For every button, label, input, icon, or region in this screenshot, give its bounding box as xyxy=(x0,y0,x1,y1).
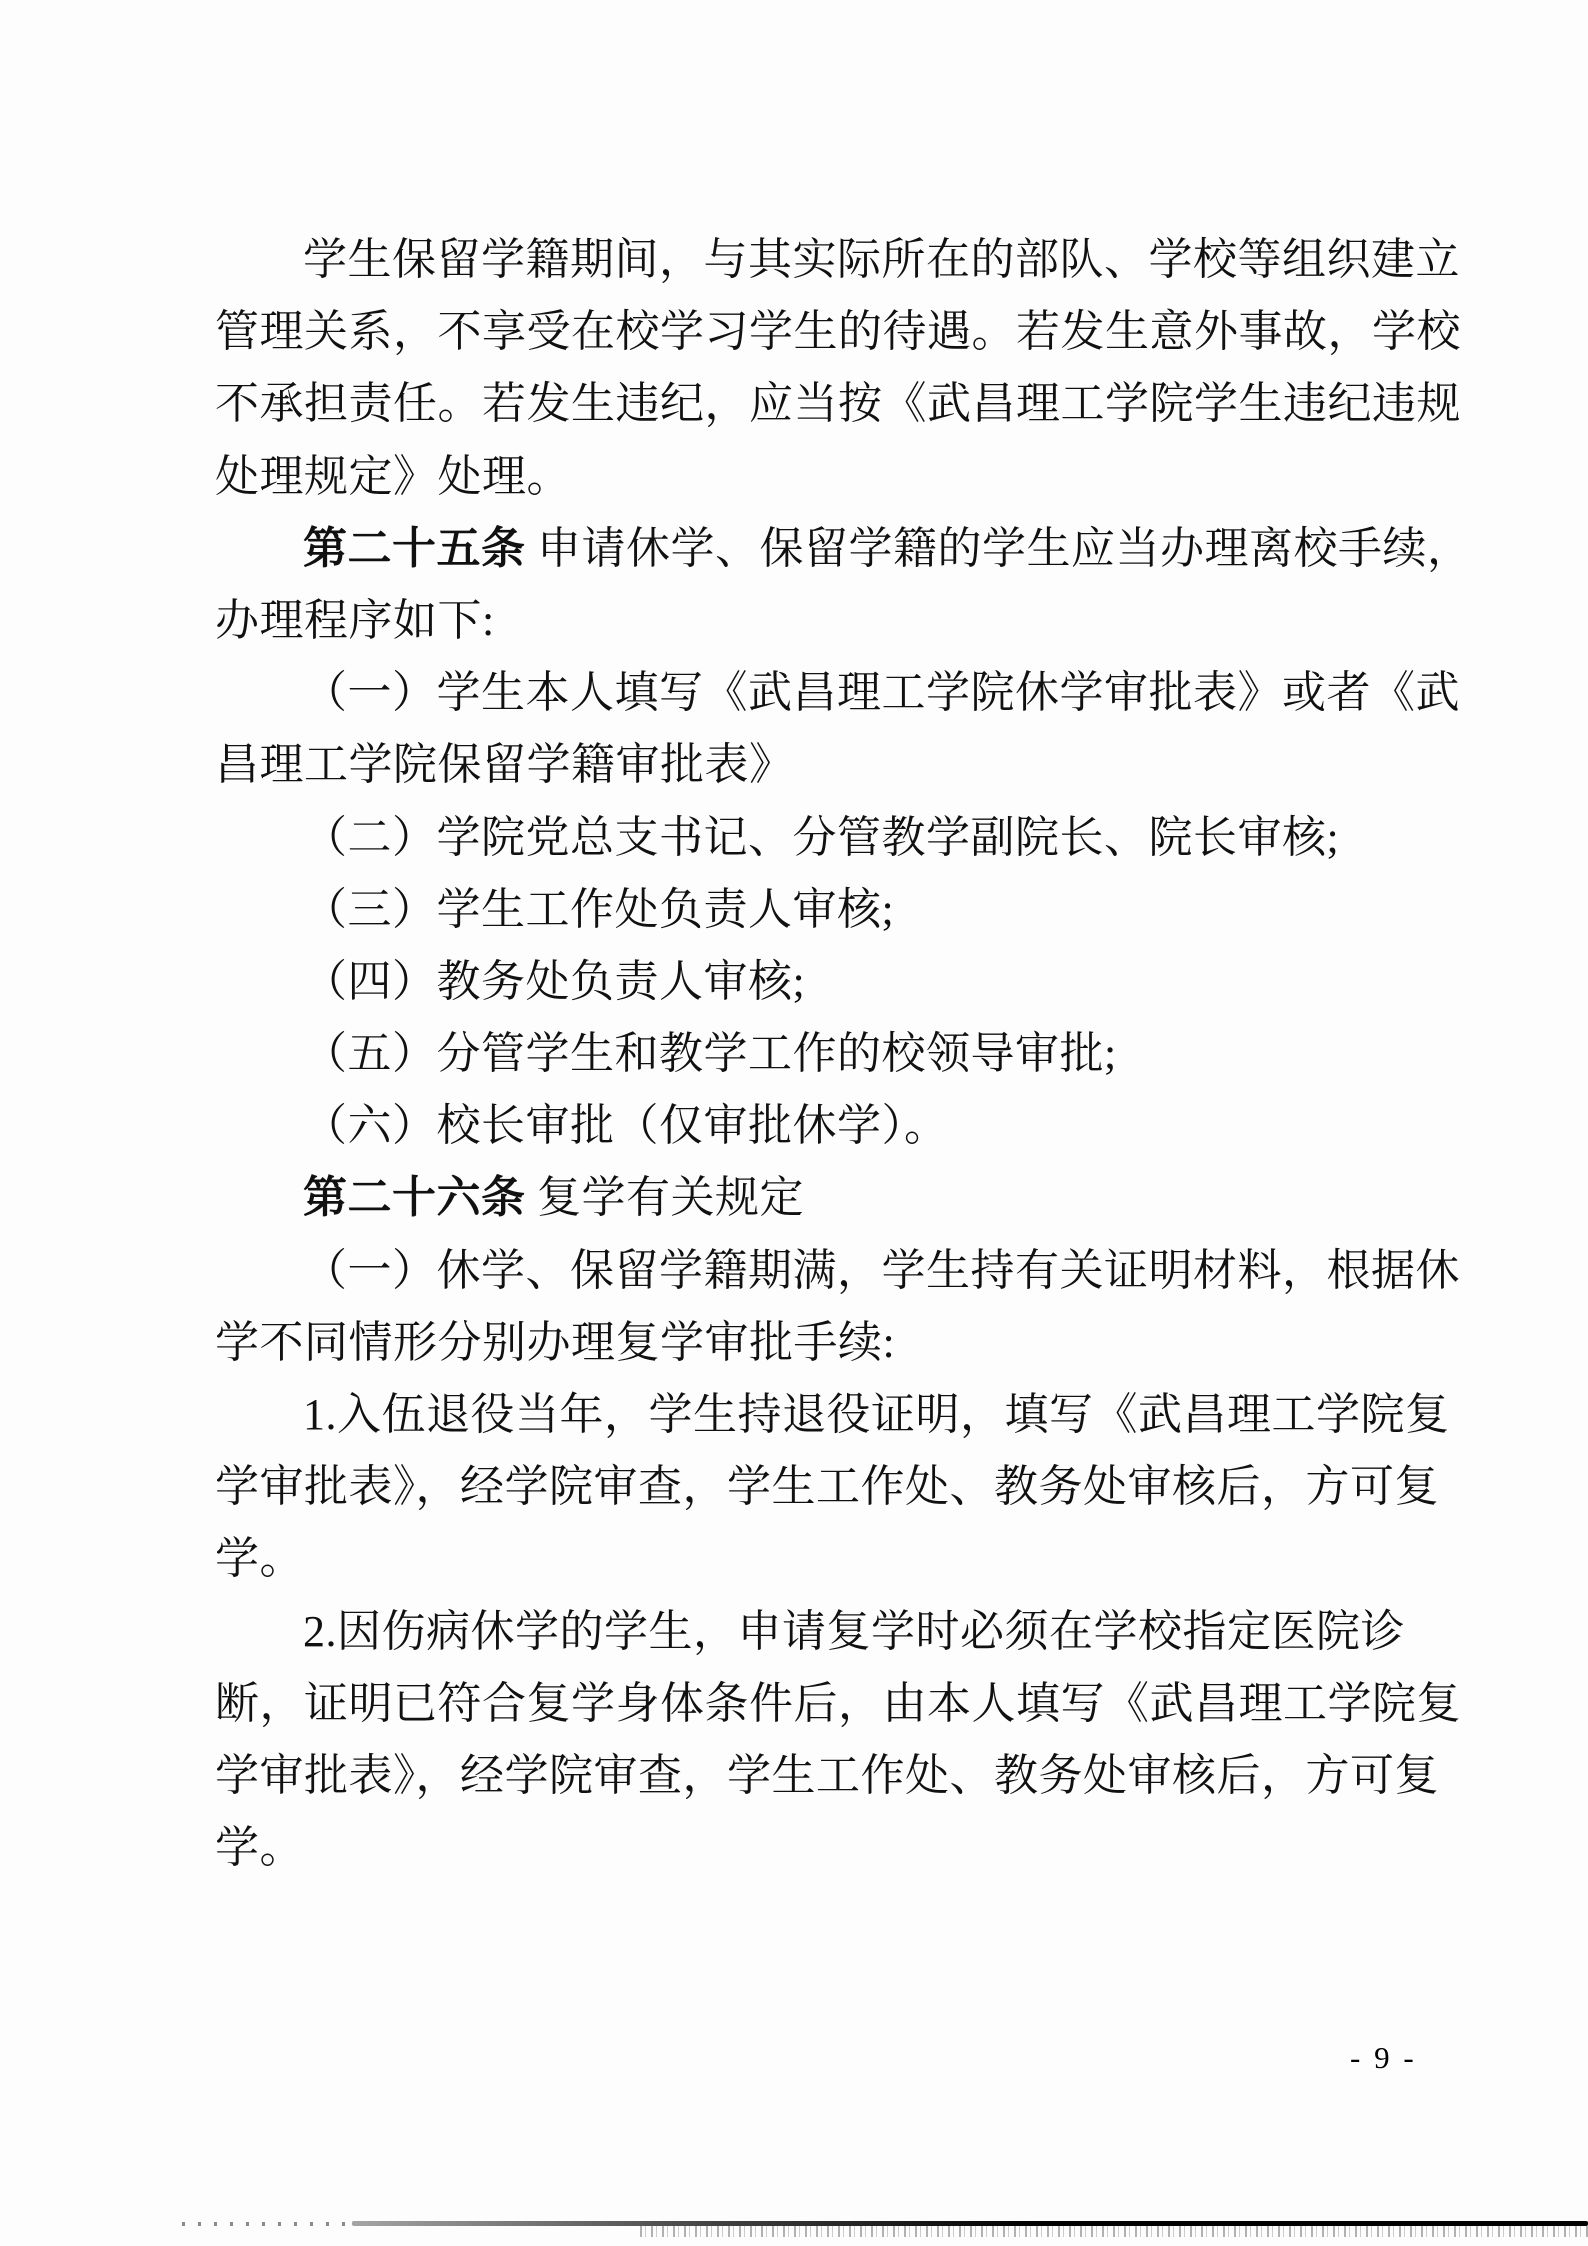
document-line: 学审批表》，经学院审查，学生工作处、教务处审核后，方可复 xyxy=(215,1740,1410,1812)
line-text: 昌理工学院保留学籍审批表》 xyxy=(215,740,794,789)
line-text: （四）教务处负责人审核; xyxy=(303,957,805,1006)
line-text: （六）校长审批（仅审批休学）。 xyxy=(303,1101,949,1150)
document-line-article-26: 第二十六条 复学有关规定 xyxy=(215,1162,1410,1234)
document-line: 学生保留学籍期间，与其实际所在的部队、学校等组织建立 xyxy=(215,224,1410,296)
line-text: 学生保留学籍期间，与其实际所在的部队、学校等组织建立 xyxy=(303,235,1460,284)
document-line: 昌理工学院保留学籍审批表》 xyxy=(215,729,1410,801)
line-text: （二）学院党总支书记、分管教学副院长、院长审核; xyxy=(303,813,1339,862)
line-text: 学审批表》，经学院审查，学生工作处、教务处审核后，方可复 xyxy=(215,1751,1439,1800)
line-text: （一）休学、保留学籍期满，学生持有关证明材料，根据休 xyxy=(303,1246,1460,1295)
line-text: 2.因伤病休学的学生，申请复学时必须在学校指定医院诊 xyxy=(303,1607,1405,1656)
line-text: 学。 xyxy=(215,1823,304,1872)
document-line: 学审批表》，经学院审查，学生工作处、教务处审核后，方可复 xyxy=(215,1451,1410,1523)
article-number-bold: 第二十五条 xyxy=(303,524,526,573)
line-text: （五）分管学生和教学工作的校领导审批; xyxy=(303,1029,1117,1078)
document-line: 2.因伤病休学的学生，申请复学时必须在学校指定医院诊 xyxy=(215,1596,1410,1668)
document-line: 学。 xyxy=(215,1523,1410,1595)
document-line: 处理规定》处理。 xyxy=(215,441,1410,513)
line-text: 处理规定》处理。 xyxy=(215,452,571,501)
document-line: （三）学生工作处负责人审核; xyxy=(215,874,1410,946)
document-line: （二）学院党总支书记、分管教学副院长、院长审核; xyxy=(215,802,1410,874)
document-line: 学不同情形分别办理复学审批手续: xyxy=(215,1307,1410,1379)
line-text: 不承担责任。若发生违纪，应当按《武昌理工学院学生违纪违规 xyxy=(215,379,1461,428)
line-text: 学。 xyxy=(215,1534,304,1583)
document-line: 不承担责任。若发生违纪，应当按《武昌理工学院学生违纪违规 xyxy=(215,368,1410,440)
document-line: 学。 xyxy=(215,1812,1410,1884)
article-number-bold: 第二十六条 xyxy=(303,1173,526,1222)
document-line-article-25: 第二十五条 申请休学、保留学籍的学生应当办理离校手续， xyxy=(215,513,1410,585)
line-text: 复学有关规定 xyxy=(526,1173,805,1222)
line-text: 学不同情形分别办理复学审批手续: xyxy=(215,1318,895,1367)
line-text: （一）学生本人填写《武昌理工学院休学审批表》或者《武 xyxy=(303,668,1460,717)
document-line: （六）校长审批（仅审批休学）。 xyxy=(215,1090,1410,1162)
document-line: 1.入伍退役当年，学生持退役证明，填写《武昌理工学院复 xyxy=(215,1379,1410,1451)
line-text: 断，证明已符合复学身体条件后，由本人填写《武昌理工学院复 xyxy=(215,1679,1461,1728)
document-line: 管理关系，不享受在校学习学生的待遇。若发生意外事故，学校 xyxy=(215,296,1410,368)
line-text: 1.入伍退役当年，学生持退役证明，填写《武昌理工学院复 xyxy=(303,1390,1450,1439)
line-text: 办理程序如下: xyxy=(215,596,495,645)
document-line: （五）分管学生和教学工作的校领导审批; xyxy=(215,1018,1410,1090)
document-line: （一）休学、保留学籍期满，学生持有关证明材料，根据休 xyxy=(215,1235,1410,1307)
scanned-document-page: 学生保留学籍期间，与其实际所在的部队、学校等组织建立 管理关系，不享受在校学习学… xyxy=(0,0,1588,2246)
scan-artifact xyxy=(182,2222,357,2226)
document-line: （四）教务处负责人审核; xyxy=(215,946,1410,1018)
line-text: 申请休学、保留学籍的学生应当办理离校手续， xyxy=(526,524,1472,573)
document-line: 断，证明已符合复学身体条件后，由本人填写《武昌理工学院复 xyxy=(215,1668,1410,1740)
page-number: - 9 - xyxy=(1350,2040,1417,2076)
document-body: 学生保留学籍期间，与其实际所在的部队、学校等组织建立 管理关系，不享受在校学习学… xyxy=(215,224,1410,1884)
document-line: 办理程序如下: xyxy=(215,585,1410,657)
document-line: （一）学生本人填写《武昌理工学院休学审批表》或者《武 xyxy=(215,657,1410,729)
line-text: 管理关系，不享受在校学习学生的待遇。若发生意外事故，学校 xyxy=(215,307,1461,356)
line-text: 学审批表》，经学院审查，学生工作处、教务处审核后，方可复 xyxy=(215,1462,1439,1511)
line-text: （三）学生工作处负责人审核; xyxy=(303,885,894,934)
scan-artifact xyxy=(640,2226,1588,2237)
